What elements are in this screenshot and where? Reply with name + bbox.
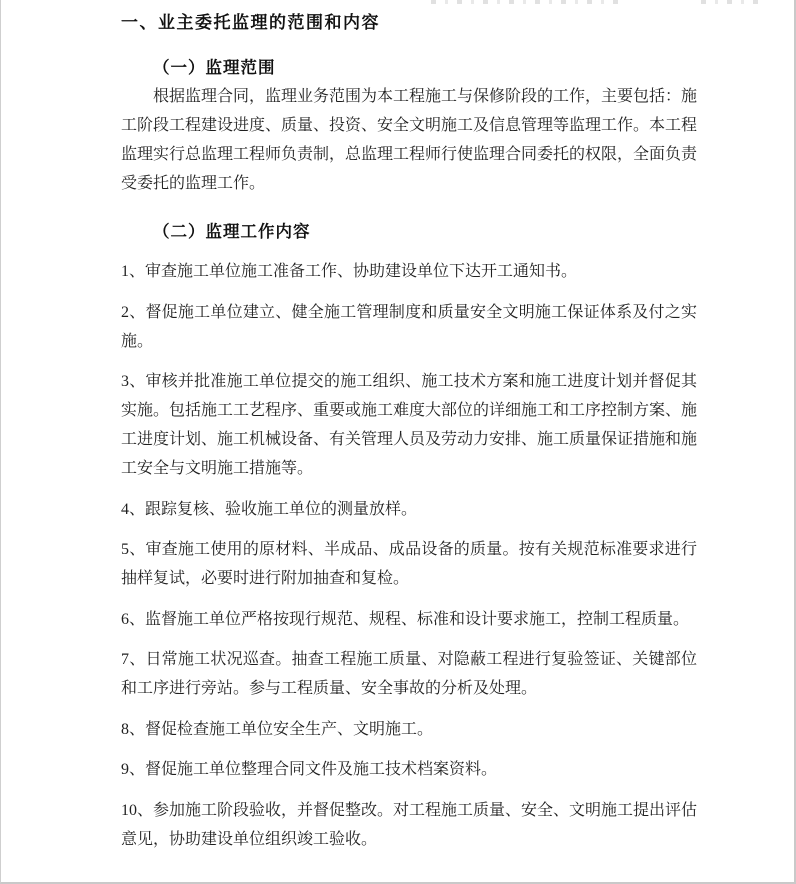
list-item-7: 7、日常施工状况巡查。抽查工程施工质量、对隐蔽工程进行复验签证、关键部位和工序进… <box>121 645 697 703</box>
list-item-4: 4、跟踪复核、验收施工单位的测量放样。 <box>121 495 697 524</box>
subsection-title-content: （二）监理工作内容 <box>153 223 697 241</box>
list-item-2: 2、督促施工单位建立、健全施工管理制度和质量安全文明施工保证体系及付之实施。 <box>121 298 697 356</box>
list-item-1: 1、审查施工单位施工准备工作、协助建设单位下达开工通知书。 <box>121 257 697 286</box>
page-heading: 一、业主委托监理的范围和内容 <box>121 13 697 32</box>
document-content: 一、业主委托监理的范围和内容 （一）监理范围 根据监理合同，监理业务范围为本工程… <box>1 0 697 854</box>
list-item-5: 5、审查施工使用的原材料、半成品、成品设备的质量。按有关规范标准要求进行抽样复试… <box>121 535 697 593</box>
cropped-text-remnant <box>701 0 761 4</box>
document-viewport: 一、业主委托监理的范围和内容 （一）监理范围 根据监理合同，监理业务范围为本工程… <box>0 0 796 884</box>
subsection-title-scope: （一）监理范围 <box>153 59 697 77</box>
list-item-10: 10、参加施工阶段验收，并督促整改。对工程施工质量、安全、文明施工提出评估意见，… <box>121 796 697 854</box>
list-item-8: 8、督促检查施工单位安全生产、文明施工。 <box>121 715 697 744</box>
list-item-3: 3、审核并批准施工单位提交的施工组织、施工技术方案和施工进度计划并督促其实施。包… <box>121 367 697 483</box>
list-item-6: 6、监督施工单位严格按现行规范、规程、标准和设计要求施工，控制工程质量。 <box>121 605 697 634</box>
scope-paragraph: 根据监理合同，监理业务范围为本工程施工与保修阶段的工作，主要包括：施工阶段工程建… <box>121 82 697 198</box>
document-page: 一、业主委托监理的范围和内容 （一）监理范围 根据监理合同，监理业务范围为本工程… <box>0 0 796 884</box>
list-item-9: 9、督促施工单位整理合同文件及施工技术档案资料。 <box>121 755 697 784</box>
